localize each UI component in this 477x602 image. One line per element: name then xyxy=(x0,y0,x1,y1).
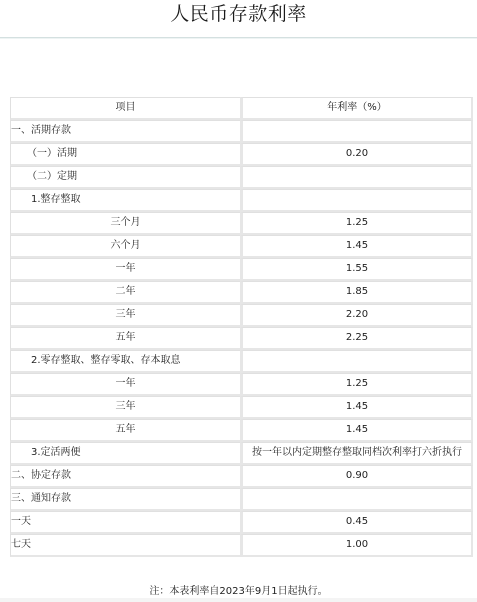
rates-table-container: 项目 年利率（%） 一、活期存款（一）活期0.20（二）定期1.整存整取三个月1… xyxy=(10,97,473,557)
row-rate-value xyxy=(240,350,473,373)
bottom-edge xyxy=(0,598,477,602)
table-row: （二）定期 xyxy=(10,166,473,189)
table-row: 七天1.00 xyxy=(10,534,473,557)
table-row: 2.零存整取、整存零取、存本取息 xyxy=(10,350,473,373)
row-item-label: 六个月 xyxy=(10,235,240,258)
row-item-label: 二、协定存款 xyxy=(10,465,240,488)
table-row: 三年1.45 xyxy=(10,396,473,419)
row-rate-value: 0.20 xyxy=(240,143,473,166)
row-item-label: 2.零存整取、整存零取、存本取息 xyxy=(10,350,240,373)
row-item-label: 一年 xyxy=(10,258,240,281)
table-row: 1.整存整取 xyxy=(10,189,473,212)
table-row: 一年1.25 xyxy=(10,373,473,396)
footnote: 注：本表利率自2023年9月1日起执行。 xyxy=(0,582,477,597)
row-rate-value: 1.55 xyxy=(240,258,473,281)
table-row: 六个月1.45 xyxy=(10,235,473,258)
table-row: 3.定活两便按一年以内定期整存整取同档次利率打六折执行 xyxy=(10,442,473,465)
row-rate-value: 1.25 xyxy=(240,212,473,235)
row-item-label: （二）定期 xyxy=(10,166,240,189)
row-rate-value xyxy=(240,189,473,212)
row-item-label: 一年 xyxy=(10,373,240,396)
table-row: 五年2.25 xyxy=(10,327,473,350)
row-item-label: 一天 xyxy=(10,511,240,534)
table-row: 五年1.45 xyxy=(10,419,473,442)
table-row: 二年1.85 xyxy=(10,281,473,304)
row-rate-value: 1.85 xyxy=(240,281,473,304)
row-item-label: 五年 xyxy=(10,419,240,442)
table-row: 一天0.45 xyxy=(10,511,473,534)
page-title: 人民币存款利率 xyxy=(0,2,477,26)
table-row: 三年2.20 xyxy=(10,304,473,327)
row-item-label: 1.整存整取 xyxy=(10,189,240,212)
row-rate-value: 1.00 xyxy=(240,534,473,557)
header-item: 项目 xyxy=(10,97,240,120)
table-row: 三个月1.25 xyxy=(10,212,473,235)
row-item-label: 五年 xyxy=(10,327,240,350)
row-rate-value: 1.45 xyxy=(240,235,473,258)
header-rate: 年利率（%） xyxy=(240,97,473,120)
table-header-row: 项目 年利率（%） xyxy=(10,97,473,120)
row-rate-value xyxy=(240,166,473,189)
row-item-label: 三个月 xyxy=(10,212,240,235)
row-rate-value: 1.45 xyxy=(240,396,473,419)
deposit-rates-table: 项目 年利率（%） 一、活期存款（一）活期0.20（二）定期1.整存整取三个月1… xyxy=(10,97,473,557)
table-row: 二、协定存款0.90 xyxy=(10,465,473,488)
row-item-label: 一、活期存款 xyxy=(10,120,240,143)
row-rate-value: 2.20 xyxy=(240,304,473,327)
row-item-label: 三年 xyxy=(10,396,240,419)
row-rate-value xyxy=(240,120,473,143)
row-item-label: （一）活期 xyxy=(10,143,240,166)
row-item-label: 七天 xyxy=(10,534,240,557)
row-rate-value: 0.90 xyxy=(240,465,473,488)
row-item-label: 3.定活两便 xyxy=(10,442,240,465)
title-bar: 人民币存款利率 xyxy=(0,0,477,38)
table-row: 三、通知存款 xyxy=(10,488,473,511)
row-item-label: 二年 xyxy=(10,281,240,304)
row-rate-value: 2.25 xyxy=(240,327,473,350)
row-item-label: 三、通知存款 xyxy=(10,488,240,511)
row-item-label: 三年 xyxy=(10,304,240,327)
row-rate-value: 0.45 xyxy=(240,511,473,534)
row-rate-value xyxy=(240,488,473,511)
table-row: （一）活期0.20 xyxy=(10,143,473,166)
row-rate-value: 按一年以内定期整存整取同档次利率打六折执行 xyxy=(240,442,473,465)
table-row: 一年1.55 xyxy=(10,258,473,281)
row-rate-value: 1.45 xyxy=(240,419,473,442)
row-rate-value: 1.25 xyxy=(240,373,473,396)
table-row: 一、活期存款 xyxy=(10,120,473,143)
